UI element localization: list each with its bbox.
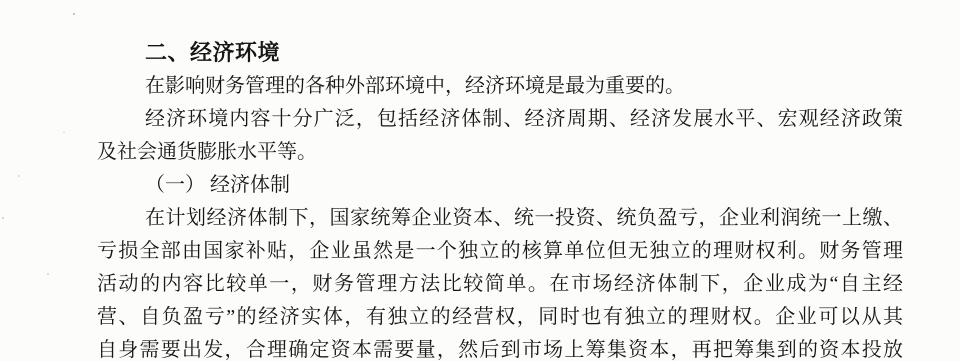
text-line: 活动的内容比较单一，财务管理方法比较简单。在市场经济体制下，企业成为“自主经 <box>97 268 903 301</box>
scan-artifact <box>2 217 4 219</box>
text-line: 经济环境内容十分广泛，包括经济体制、经济周期、经济发展水平、宏观经济政策 <box>97 103 903 136</box>
subsection-heading: （一） 经济体制 <box>97 169 903 202</box>
text-line: 在计划经济体制下，国家统筹企业资本、统一投资、统负盈亏，企业利润统一上缴、 <box>97 202 903 235</box>
scanned-book-page: 二、经济环境 在影响财务管理的各种外部环境中，经济环境是最为重要的。 经济环境内… <box>0 0 960 361</box>
text-line: 营、自负盈亏”的经济实体，有独立的经营权，同时也有独立的理财权。企业可以从其 <box>97 301 903 334</box>
section-heading: 二、经济环境 <box>145 39 280 67</box>
scan-artifact <box>73 13 75 15</box>
scan-artifact <box>18 175 20 177</box>
text-line: 及社会通货膨胀水平等。 <box>97 136 903 169</box>
text-line: 亏损全部由国家补贴，企业虽然是一个独立的核算单位但无独立的理财权利。财务管理 <box>97 235 903 268</box>
body-text-block: 在影响财务管理的各种外部环境中，经济环境是最为重要的。 经济环境内容十分广泛，包… <box>97 70 903 361</box>
text-line: 自身需要出发，合理确定资本需要量，然后到市场上筹集资本，再把筹集到的资本投放 <box>97 334 903 361</box>
text-line: 在影响财务管理的各种外部环境中，经济环境是最为重要的。 <box>97 70 903 103</box>
section-heading-text: 二、经济环境 <box>145 40 280 65</box>
scan-artifact <box>47 273 49 275</box>
scan-artifact <box>63 132 65 133</box>
